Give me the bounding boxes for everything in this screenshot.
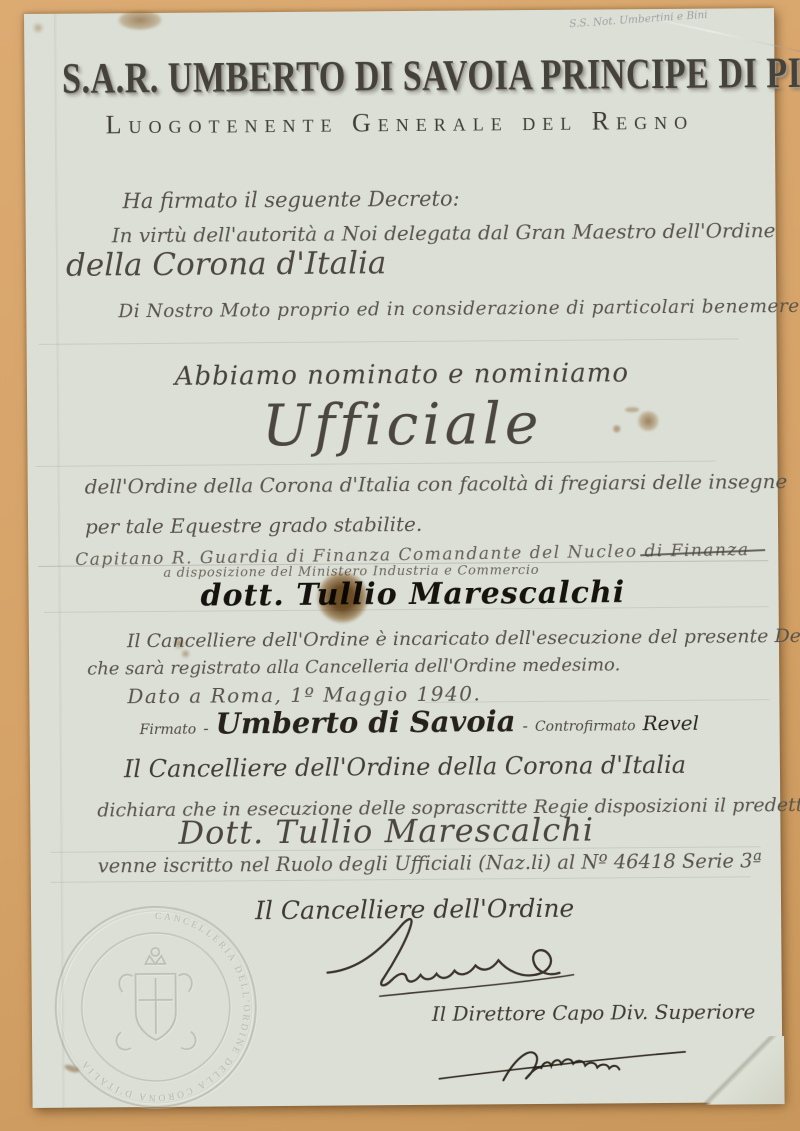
fold-bottom-right-corner [698, 1036, 785, 1105]
ruled-line [51, 876, 751, 882]
execution-line-1: Il Cancelliere dell'Ordine è incaricato … [127, 625, 800, 653]
nomination-lead: Abbiamo nominato e nominiamo [27, 357, 777, 393]
ruled-line [39, 338, 739, 344]
stain-right-of-rank [637, 411, 659, 431]
dash: - [203, 719, 209, 738]
document-subtitle: Luogotenente Generale del Regno [25, 105, 775, 141]
grant-line-1: dell'Ordine della Corona d'Italia con fa… [85, 469, 788, 499]
grant-line-2: per tale Equestre grado stabilite. [85, 512, 422, 539]
intro-line-1: Ha firmato il seguente Decreto: [122, 187, 459, 214]
signing-row: Firmato - Umberto di Savoia - Controfirm… [139, 703, 699, 741]
document-paper: S.S. Not. Umbertini e Bini S.A.R. UMBERT… [24, 8, 783, 1108]
stain-top-edge [118, 10, 162, 30]
stain-over-name [316, 571, 368, 623]
countersigner-name: Revel [642, 711, 699, 735]
controfirmato-label: Controfirmato [535, 718, 636, 735]
chancellery-heading: Il Cancelliere dell'Ordine della Corona … [30, 750, 780, 784]
director-title: Il Direttore Capo Div. Superiore [432, 999, 756, 1026]
intro-line-3: della Corona d'Italia [66, 245, 387, 284]
pencil-annotation: S.S. Not. Umbertini e Bini [569, 3, 784, 30]
firmato-label: Firmato [140, 722, 197, 738]
svg-text:CANCELLERIA DELL'ORDINE DELLA: CANCELLERIA DELL'ORDINE DELLA CORONA D'I… [78, 911, 252, 1103]
seal-ring-text: CANCELLERIA DELL'ORDINE DELLA CORONA D'I… [78, 911, 252, 1103]
chancellery-name: Dott. Tullio Marescalchi [178, 811, 594, 852]
stain-small-2 [181, 649, 190, 659]
intro-line-2: In virtù dell'autorità a Noi delegata da… [112, 218, 776, 247]
stain-dot [613, 425, 620, 432]
ruled-line [36, 461, 716, 467]
intro-line-4: Di Nostro Moto proprio ed in considerazi… [118, 296, 800, 323]
stain-corner [32, 22, 44, 34]
director-signature [437, 1035, 687, 1092]
embossed-seal: CANCELLERIA DELL'ORDINE DELLA CORONA D'I… [50, 901, 262, 1113]
execution-line-2: che sarà registrato alla Cancelleria del… [87, 654, 620, 679]
stain-small-1 [173, 637, 185, 650]
document-title: S.A.R. UMBERTO DI SAVOIA PRINCIPE DI PIE… [62, 48, 737, 103]
dash: - [522, 716, 528, 735]
chancellor-signature [321, 912, 612, 1004]
signer-name: Umberto di Savoia [215, 704, 515, 740]
rank-title: Ufficiale [27, 389, 777, 461]
registration-line: venne iscritto nel Ruolo degli Ufficiali… [98, 849, 762, 877]
seal-coat-of-arms [116, 948, 196, 1050]
